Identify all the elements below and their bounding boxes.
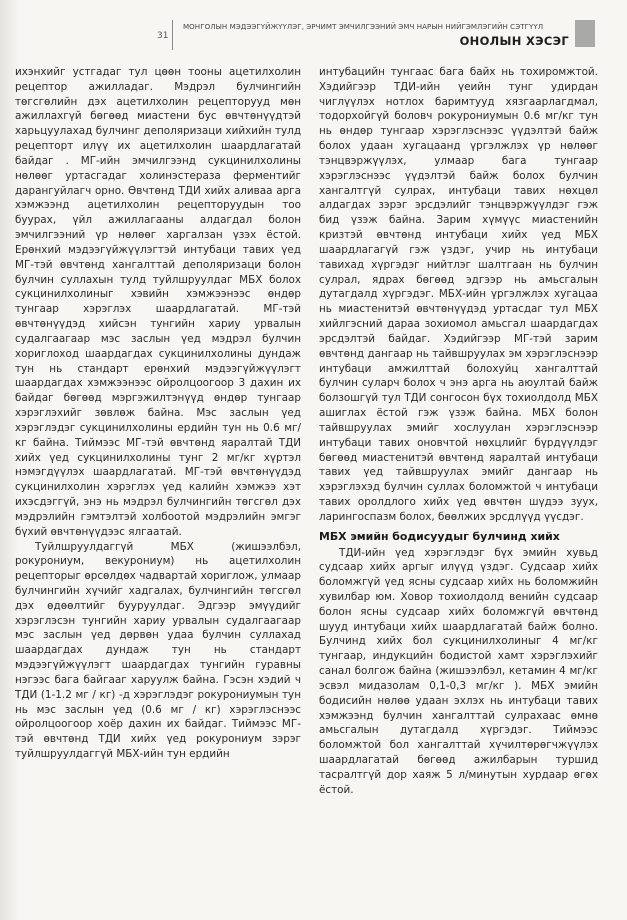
section-marker-box — [575, 20, 595, 47]
body-paragraph: интубацийн тунгаас бага байх нь тохиромж… — [319, 65, 598, 525]
left-column: ихэнхийг устгадаг тул цөөн тооны ацетилх… — [15, 65, 301, 762]
body-paragraph: Туйлшруулдаггүй МБХ (жишээлбэл, рокурони… — [15, 540, 301, 762]
header-divider — [172, 20, 173, 50]
body-paragraph: ТДИ-ийн үед хэрэглэдэг бүх эмийн хувьд с… — [319, 546, 598, 798]
body-paragraph: ихэнхийг устгадаг тул цөөн тооны ацетилх… — [15, 65, 301, 540]
section-title: ОНОЛЫН ХЭСЭГ — [460, 34, 569, 48]
page-number: 31 — [157, 31, 168, 41]
right-column: интубацийн тунгаас бага байх нь тохиромж… — [319, 65, 598, 798]
section-subheading: МБХ эмийн бодисуудыг булчинд хийх — [319, 530, 598, 545]
journal-title: МОНГОЛЫН МЭДЭЭГҮЙЖҮҮЛЭГ, ЭРЧИМТ ЭМЧИЛГЭЭ… — [183, 22, 578, 31]
page-header: 31 МОНГОЛЫН МЭДЭЭГҮЙЖҮҮЛЭГ, ЭРЧИМТ ЭМЧИЛ… — [0, 0, 627, 62]
